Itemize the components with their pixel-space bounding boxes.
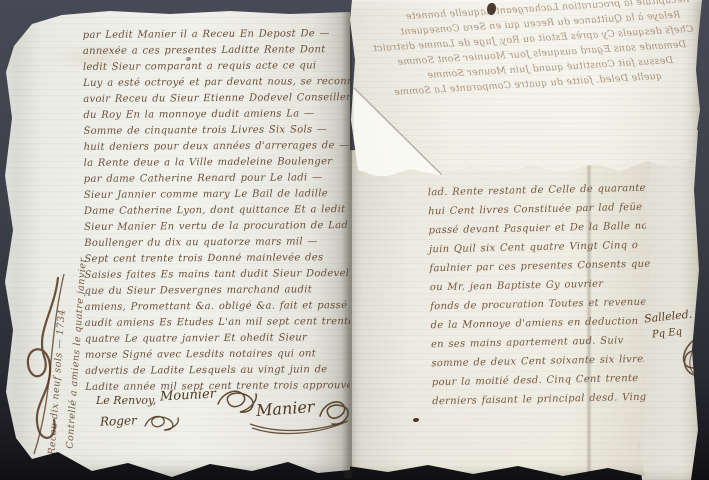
left-page-body: par Ledit Manier il a Receu En Depost De…: [83, 26, 354, 396]
manuscript-line: Sieur Jannier comme mary Le Bail de ladi…: [84, 186, 352, 204]
side-note-line1: Salleled.: [643, 308, 692, 326]
signature-underline-flourish-icon: [248, 418, 350, 436]
manuscript-line: par dame Catherine Renard pour Le ladi —: [84, 170, 352, 188]
side-note-paraph-icon: [667, 331, 709, 392]
right-page-paragraph: lad. Rente restant de Celle de quarante …: [428, 179, 653, 412]
manuscript-line: Sieur Manier En vertu de la procuration …: [84, 218, 352, 236]
manuscript-line: Luy a esté octroyé et par devant nous, s…: [83, 74, 351, 92]
manuscript-line: par Ledit Manier il a Receu En Depost De…: [83, 26, 351, 44]
manuscript-line: que du Sieur Desvergnes marchand audit: [85, 282, 353, 300]
margin-signature-flourish-icon: [14, 272, 74, 457]
manuscript-line: avoir Receu du Sieur Etienne Dodevel Con…: [83, 90, 351, 108]
signature-manier: Manier: [255, 397, 315, 420]
manuscript-line: annexée a ces presentes Laditte Rente Do…: [83, 42, 351, 60]
signature-mounier: Mounier: [160, 387, 217, 405]
manuscript-line: la Rente deue a la Ville madeleine Boule…: [84, 154, 352, 172]
bleedthrough-text: Recapitulé la procuration Lachargeant La…: [354, 0, 697, 102]
manuscript-line: advertis de Ladite Lesquels au vingt jui…: [85, 362, 353, 380]
signature-roger: Roger: [100, 413, 137, 428]
manuscript-line: Boullenger du dix au quatorze mars mil —: [84, 234, 352, 252]
manuscript-line: Saisies faites Es mains tant dudit Sieur…: [84, 266, 352, 284]
closing-word: Le Renvoy,: [96, 394, 156, 407]
right-page-sheet: lad. Rente restant de Celle de quarante …: [348, 150, 660, 480]
manuscript-line: Dame Catherine Lyon, dont quittance Et a…: [84, 202, 352, 220]
manuscript-line: du Roy En la monnoye dudit amiens La —: [83, 106, 351, 124]
signature-paraph-icon: [142, 412, 182, 436]
manuscript-line: derniers faisant le principal desd. Ving…: [432, 388, 652, 412]
manuscript-line: morse Signé avec Lesdits notaires qui on…: [85, 346, 353, 364]
manuscript-line: amiens, Promettant &a. obligé &a. fait e…: [85, 298, 353, 316]
manuscript-line: ledit Sieur comparant a requis acte ce q…: [83, 58, 351, 76]
manuscript-scan: Salleled. Pq Eq lad. Rente restant de Ce…: [0, 0, 709, 480]
manuscript-line: Somme de cinquante trois Livres Six Sols…: [83, 122, 351, 140]
manuscript-line: Sept cent trente trois Donné mainlevée d…: [84, 250, 352, 268]
manuscript-line: audit amiens Es Etudes L'an mil sept cen…: [85, 314, 353, 332]
ink-speck: [413, 418, 419, 422]
manuscript-line: huit deniers pour deux années d'arrerage…: [84, 138, 352, 156]
left-page-sheet: par Ledit Manier il a Receu En Depost De…: [0, 0, 352, 480]
signature-paraph-icon: [214, 386, 260, 418]
bleedthrough-inner: Recapitulé la procuration Lachargeant La…: [354, 0, 697, 102]
manuscript-line: quatre Le quatre janvier Et ohedit Sieur: [85, 330, 353, 348]
